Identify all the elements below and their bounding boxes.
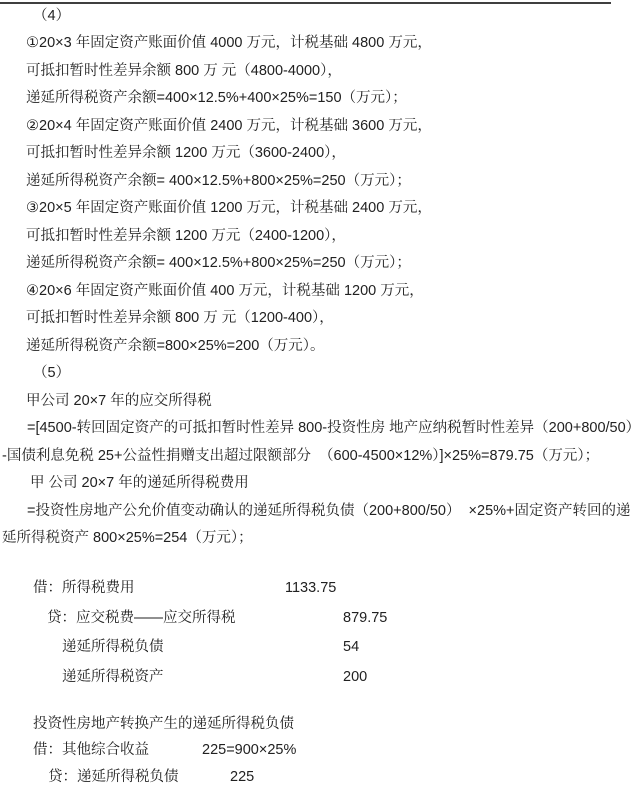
journal-debit-amount: 1133.75: [285, 578, 336, 598]
transfer-debit-label: 借：其他综合收益: [33, 740, 149, 760]
year1-diff-line: 可抵扣暂时性差异余额 800 万 元（4800-4000），: [26, 61, 342, 81]
journal-credit3-amount: 200: [343, 667, 367, 687]
year2-value-line: ②20×4 年固定资产账面价值 2400 万元，计税基础 3600 万元，: [26, 116, 432, 136]
tax-payable-calc-line2: -国债利息免税 25+公益性捐赠支出超过限额部分 （600-4500×12%）]…: [2, 446, 599, 466]
transfer-credit-amount: 225: [230, 767, 254, 787]
journal-debit-label: 借：所得税费用: [33, 578, 135, 598]
deferred-expense-calc-line2: 延所得税资产 800×25%=254（万元）；: [2, 528, 253, 548]
year1-value-line: ①20×3 年固定资产账面价值 4000 万元，计税基础 4800 万元，: [26, 33, 432, 53]
year3-balance-line: 递延所得税资产余额= 400×12.5%+800×25%=250（万元）；: [26, 253, 411, 273]
deferred-expense-title: 甲 公司 20×7 年的递延所得税费用: [30, 473, 249, 493]
journal-credit2-label: 递延所得税负债: [62, 637, 164, 657]
transfer-entry-title: 投资性房地产转换产生的递延所得税负债: [33, 714, 294, 734]
journal-credit3-label: 递延所得税资产: [62, 667, 164, 687]
journal-credit1-amount: 879.75: [343, 608, 387, 628]
section-5-heading: （5）: [33, 363, 70, 383]
year1-balance-line: 递延所得税资产余额=400×12.5%+400×25%=150（万元）；: [26, 88, 407, 108]
year4-balance-line: 递延所得税资产余额=800×25%=200（万元）。: [26, 336, 325, 356]
year4-value-line: ④20×6 年固定资产账面价值 400 万元，计税基础 1200 万元，: [26, 281, 424, 301]
year4-diff-line: 可抵扣暂时性差异余额 800 万 元（1200-400），: [26, 308, 334, 328]
deferred-expense-calc-line1: =投资性房地产公允价值变动确认的递延所得税负债（200+800/50） ×25%…: [27, 501, 631, 521]
year2-balance-line: 递延所得税资产余额= 400×12.5%+800×25%=250（万元）；: [26, 171, 411, 191]
journal-credit2-amount: 54: [343, 637, 359, 657]
section-4-heading: （4）: [33, 6, 70, 26]
tax-payable-calc-line1: =[4500-转回固定资产的可抵扣暂时性差异 800-投资性房 地产应纳税暂时性…: [27, 418, 637, 438]
transfer-debit-amount: 225=900×25%: [202, 740, 296, 760]
transfer-credit-label: 贷：递延所得税负债: [48, 767, 179, 787]
journal-credit1-label: 贷：应交税费——应交所得税: [47, 608, 236, 628]
tax-payable-title: 甲公司 20×7 年的应交所得税: [26, 391, 212, 411]
document-page: （4） ①20×3 年固定资产账面价值 4000 万元，计税基础 4800 万元…: [0, 0, 637, 795]
year2-diff-line: 可抵扣暂时性差异余额 1200 万元（3600-2400），: [26, 143, 346, 163]
top-border-rule: [0, 2, 611, 4]
year3-value-line: ③20×5 年固定资产账面价值 1200 万元，计税基础 2400 万元，: [26, 198, 432, 218]
year3-diff-line: 可抵扣暂时性差异余额 1200 万元（2400-1200），: [26, 226, 346, 246]
